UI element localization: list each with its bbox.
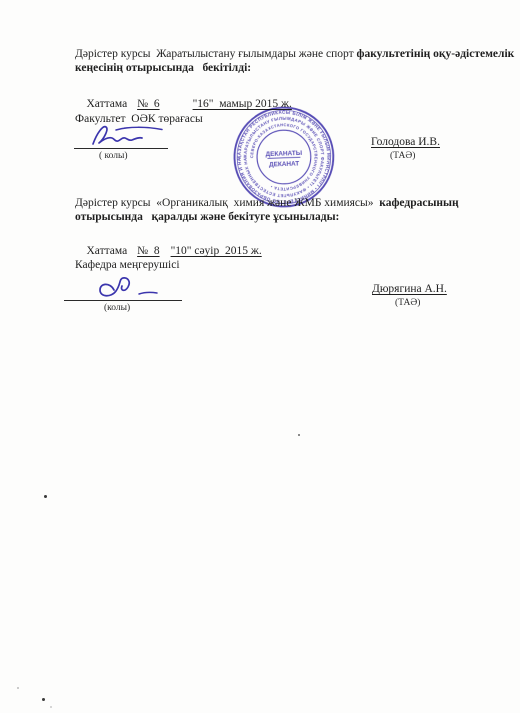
- protocol-label: Хаттама: [87, 98, 131, 110]
- scan-artifact-dot: [17, 687, 19, 689]
- faculty-intro-regular: Дәрістер курсы Жаратылыстану ғылымдары ж…: [75, 48, 357, 60]
- signature-line: [64, 300, 182, 301]
- department-signer-role: Кафедра меңгерушісі: [75, 259, 180, 271]
- department-signer-name-caption: (ТАӘ): [395, 298, 420, 308]
- signature-line: [74, 148, 168, 149]
- scan-artifact-dot: [50, 706, 52, 708]
- faculty-approval-paragraph: Дәрістер курсы Жаратылыстану ғылымдары ж…: [75, 47, 510, 75]
- scan-artifact-dot: [298, 434, 300, 436]
- document-page: Дәрістер курсы Жаратылыстану ғылымдары ж…: [0, 0, 520, 713]
- department-signer-name: Дюрягина А.Н.: [372, 283, 447, 295]
- stamp-center-line1: ДЕКАНАТЫ: [265, 150, 302, 158]
- faculty-signer-name: Голодова И.В.: [371, 136, 440, 148]
- faculty-approval-line2: кеңесінің отырысында бекітілді:: [75, 61, 510, 75]
- scan-artifact-dot: [42, 698, 45, 701]
- handwritten-signature-department: [92, 273, 172, 301]
- protocol-date: "10" сәуір 2015 ж.: [171, 245, 262, 257]
- department-intro-bold: кафедрасының: [379, 197, 458, 209]
- scan-artifact-dot: [44, 495, 47, 498]
- protocol-label: Хаттама: [87, 245, 131, 257]
- faculty-signer-name-caption: (ТАӘ): [390, 151, 415, 161]
- department-approval-paragraph: Дәрістер курсы «Органикалық химия және Ж…: [75, 196, 510, 224]
- protocol-number: № 6: [137, 98, 159, 110]
- signature-caption: ( колы): [99, 151, 128, 161]
- department-intro-regular: Дәрістер курсы «Органикалық химия және Ж…: [75, 197, 379, 209]
- department-approval-line1: Дәрістер курсы «Органикалық химия және Ж…: [75, 196, 510, 210]
- handwritten-signature-faculty: [88, 122, 170, 149]
- department-approval-line2: отырысында қаралды және бекітуге ұсыныла…: [75, 210, 510, 224]
- faculty-approval-line1: Дәрістер курсы Жаратылыстану ғылымдары ж…: [75, 47, 510, 61]
- signature-caption: (колы): [104, 303, 130, 313]
- protocol-number: № 8: [137, 245, 159, 257]
- faculty-intro-bold: факультетінің оқу-әдістемелік: [357, 48, 515, 60]
- stamp-center-line2: ДЕКАНАТ: [269, 161, 300, 169]
